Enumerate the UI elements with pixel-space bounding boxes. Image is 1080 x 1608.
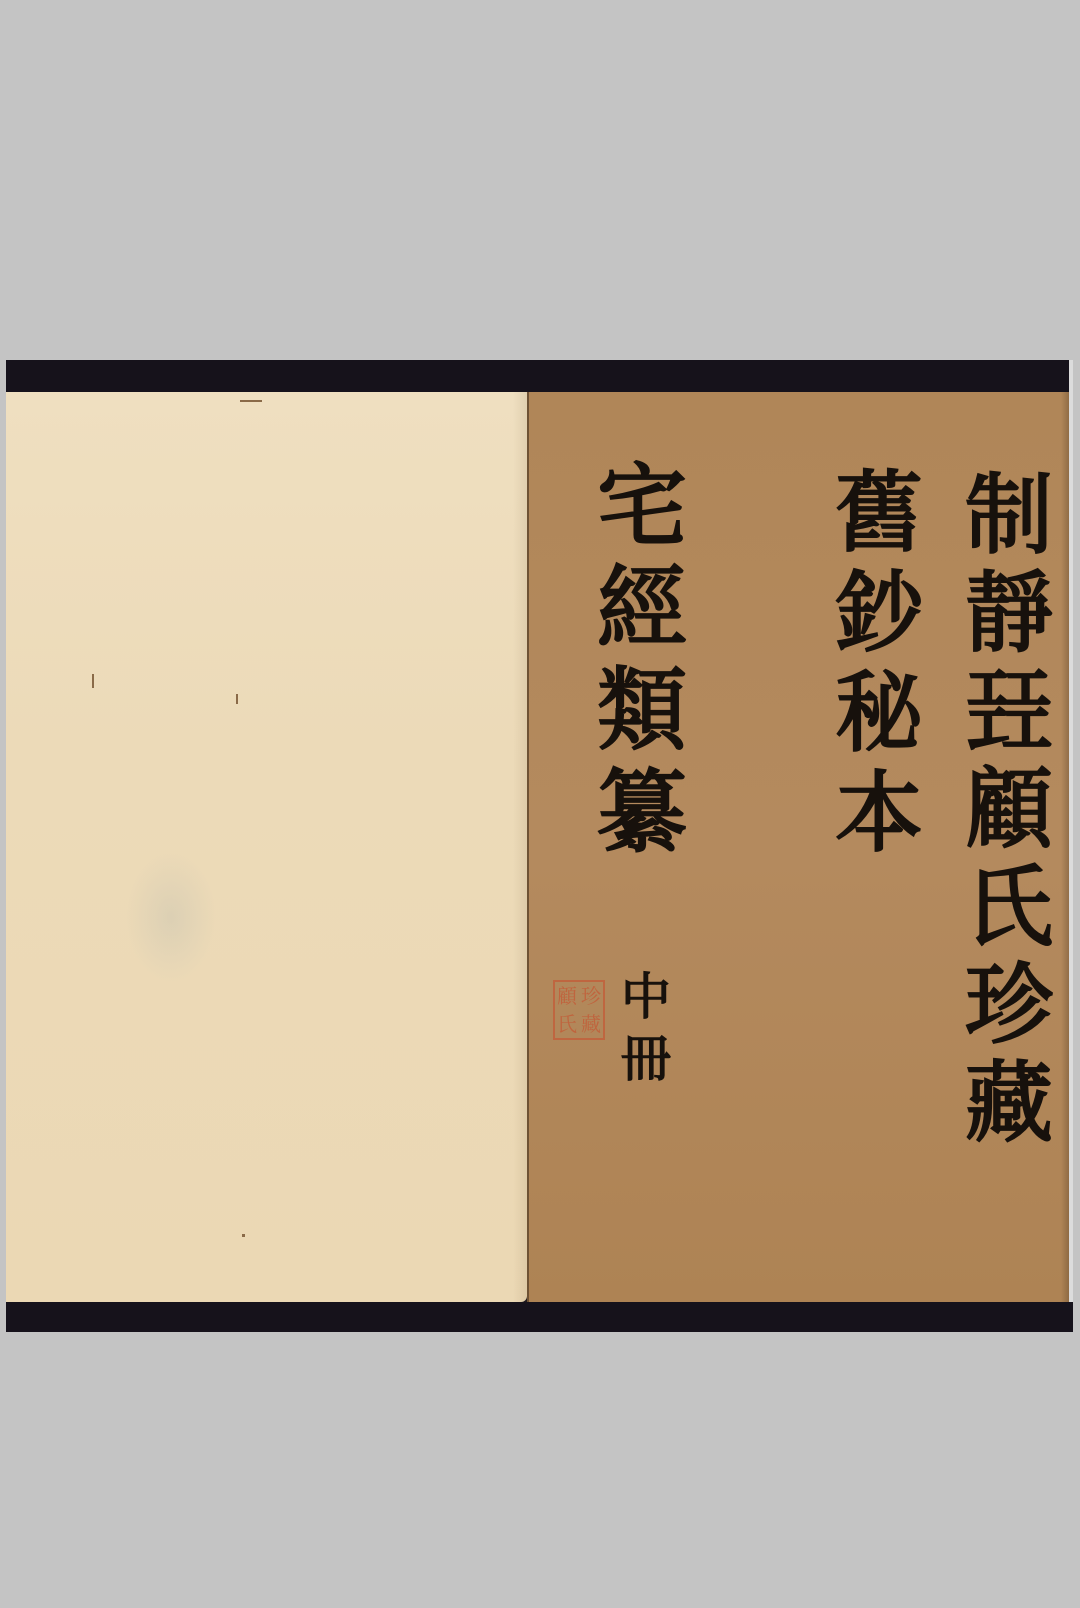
page-mark [236, 694, 238, 704]
volume-label: 中冊 [617, 970, 667, 1094]
seal-char: 藏 [581, 1014, 601, 1034]
book-scan: 制靜㠭顧氏珍藏 舊鈔秘本 宅經類纂 顧 珍 氏 藏 中冊 [6, 360, 1073, 1332]
seal-char: 珍 [581, 986, 601, 1006]
page-mark [242, 1234, 245, 1237]
book-cover: 制靜㠭顧氏珍藏 舊鈔秘本 宅經類纂 顧 珍 氏 藏 中冊 [527, 392, 1071, 1302]
page-mark [92, 674, 94, 688]
scan-right-edge [1069, 360, 1073, 1332]
seal-char: 氏 [557, 1014, 577, 1034]
seal-char: 顧 [557, 986, 577, 1006]
left-blank-page [6, 392, 527, 1302]
top-dark-band [6, 360, 1073, 392]
page-fold-shadow [513, 392, 527, 1302]
edition-inscription: 舊鈔秘本 [829, 466, 917, 866]
book-title: 宅經類纂 [589, 458, 679, 866]
collection-inscription: 制靜㠭顧氏珍藏 [959, 468, 1047, 1154]
page-mark [240, 400, 262, 402]
red-seal-stamp: 顧 珍 氏 藏 [553, 980, 605, 1040]
page-stain [126, 852, 216, 982]
bottom-dark-band [6, 1302, 1073, 1332]
